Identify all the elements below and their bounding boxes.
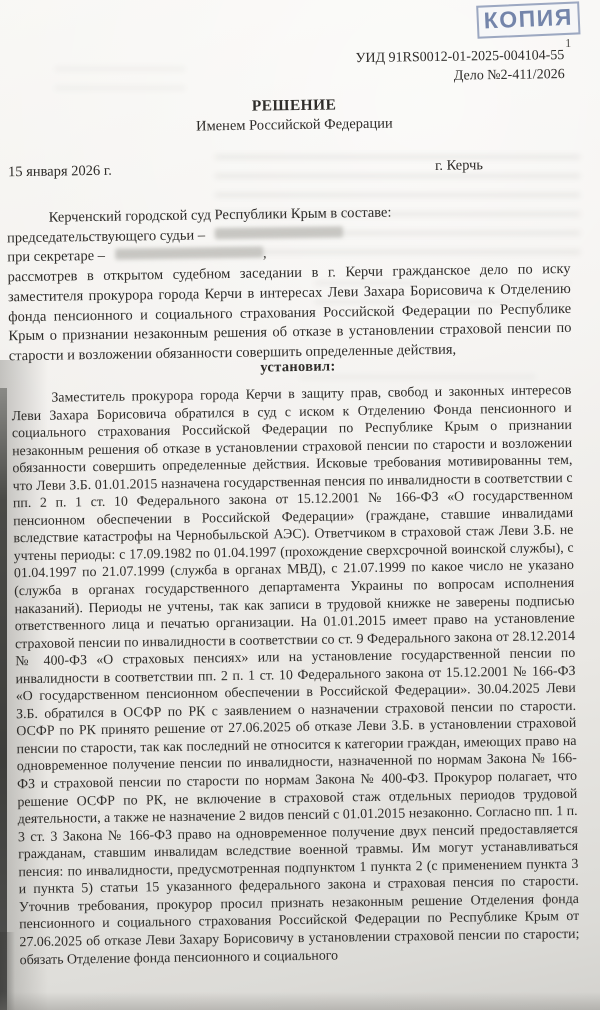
uid-line: УИД 91RS0012-01-2025-004104-55 (355, 48, 564, 66)
case-identifiers: УИД 91RS0012-01-2025-004104-55Дело №2-41… (355, 46, 564, 87)
judge-label: председательствующего судьи – (7, 227, 205, 246)
document-content: КОПИЯ 1 УИД 91RS0012-01-2025-004104-55Де… (0, 0, 600, 1010)
decision-date: 15 января 2026 г. (8, 163, 112, 182)
copy-stamp: КОПИЯ (476, 1, 580, 38)
body-paragraph: Заместитель прокурора города Керчи в защ… (11, 382, 580, 969)
court-decision-photo: КОПИЯ 1 УИД 91RS0012-01-2025-004104-55Де… (0, 0, 600, 1010)
case-number-line: Дело №2-411/2026 (454, 67, 565, 84)
date-city-row: 15 января 2026 г. г. Керчь (8, 157, 483, 181)
page-number: 1 (565, 36, 571, 51)
redacted-judge-name (215, 226, 343, 239)
intro-paragraph: рассмотрев в открытом судебном заседании… (7, 260, 571, 367)
redacted-secretary-name (115, 247, 263, 260)
secretary-suffix: , (263, 245, 267, 261)
court-composition: Керченский городской суд Республики Крым… (7, 201, 571, 268)
decision-city: г. Керчь (435, 157, 483, 175)
secretary-label: при секретаре – (7, 248, 105, 265)
title-block: РЕШЕНИЕ Именем Российской Федерации (0, 93, 594, 139)
